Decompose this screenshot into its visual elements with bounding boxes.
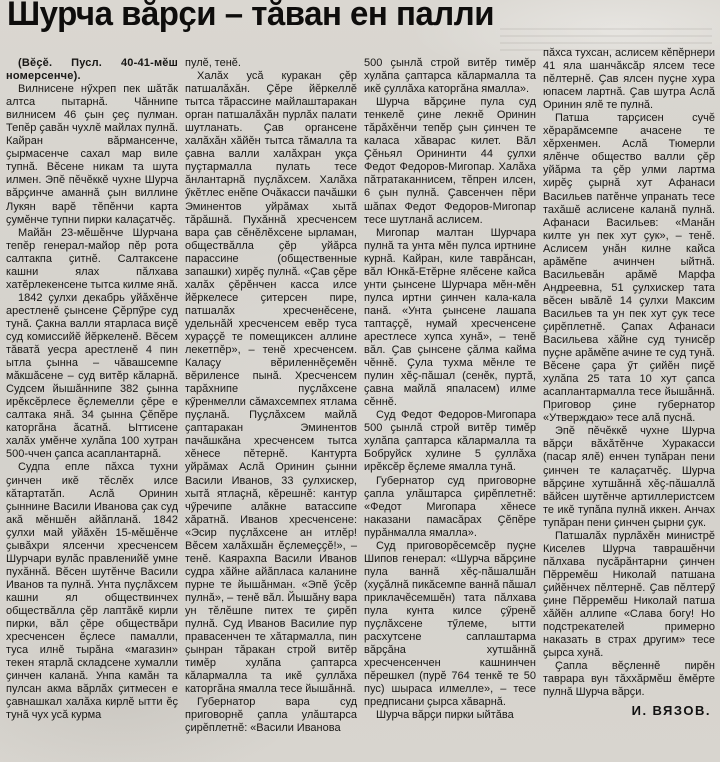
article-headline: Шурча вӑрҫи – тӑван ен палли <box>7 0 494 34</box>
article-paragraph: (Вӗҫӗ. Пусл. 40-41-мӗш номерсенче). <box>6 57 178 83</box>
article-paragraph: Губернатор вара суд приговорнӗ ҫапла улӑ… <box>185 696 357 735</box>
article-paragraph: Судпа епле пӑхса тухни ҫинчен икӗ тӗслӗх… <box>6 461 178 722</box>
author-signature: И. ВЯЗОВ. <box>543 704 711 717</box>
article-paragraph: 500 ҫынлӑ строй витӗр тимӗр хулӑпа ҫапта… <box>364 57 536 96</box>
article-column-1: (Вӗҫӗ. Пусл. 40-41-мӗш номерсенче).Вилни… <box>6 57 178 762</box>
article-body: (Вӗҫӗ. Пусл. 40-41-мӗш номерсенче).Вилни… <box>6 57 715 762</box>
article-column-4: пӑхса тухсан, аслисем кӗпӗрнери 41 яла ш… <box>543 47 715 762</box>
article-column-2: пулӗ, тенӗ.Халӑх усӑ куракан ҫӗр патшалӑ… <box>185 57 357 762</box>
article-paragraph: Вилнисене нӳхреп пек шӑтӑк алтса пытарнӑ… <box>6 83 178 227</box>
article-paragraph: Суд Федот Федоров-Мигопара 500 ҫынлӑ стр… <box>364 409 536 474</box>
article-paragraph: Патша тарҫисен сучӗ хӗрарӑмсемпе ачасене… <box>543 112 715 425</box>
article-paragraph: Майӑн 23-мӗшӗнче Шурчана тепӗр генерал-м… <box>6 227 178 292</box>
article-paragraph: 1842 ҫулхи декабрь уйӑхӗнче арестленӗ ҫы… <box>6 292 178 462</box>
article-paragraph: Шурча вӑрҫи пирки ыйтӑва <box>364 709 536 722</box>
article-paragraph: Мигопар малтан Шурчара пулнӑ та унта мӗн… <box>364 227 536 410</box>
article-paragraph: Эпӗ пӗчӗккӗ чухне Шурча вӑрҫи вӑхӑтӗнче … <box>543 425 715 529</box>
article-paragraph: пулӗ, тенӗ. <box>185 57 357 70</box>
article-paragraph: Шурча вӑрҫине пула суд тенкелӗ ҫине лекн… <box>364 96 536 226</box>
column-paragraphs: пӑхса тухсан, аслисем кӗпӗрнери 41 яла ш… <box>543 47 715 699</box>
article-paragraph: Халӑх усӑ куракан ҫӗр патшалӑхӑн. Ҫӗре й… <box>185 70 357 696</box>
article-paragraph: Губернатор суд приговорне ҫапла улӑштарс… <box>364 475 536 540</box>
article-column-3: 500 ҫынлӑ строй витӗр тимӗр хулӑпа ҫапта… <box>364 57 536 762</box>
article-paragraph: пӑхса тухсан, аслисем кӗпӗрнери 41 яла ш… <box>543 47 715 112</box>
newspaper-page: Шурча вӑрҫи – тӑван ен палли (Вӗҫӗ. Пусл… <box>0 0 720 762</box>
article-paragraph: Суд приговорӗсемсӗр пуҫне Шипов генерал:… <box>364 540 536 710</box>
article-paragraph: Патшалӑх пурлӑхӗн министрӗ Киселев Шурча… <box>543 530 715 660</box>
article-paragraph: Ҫапла вӗҫленнӗ пирӗн таврара вун тӑххӑрм… <box>543 660 715 699</box>
